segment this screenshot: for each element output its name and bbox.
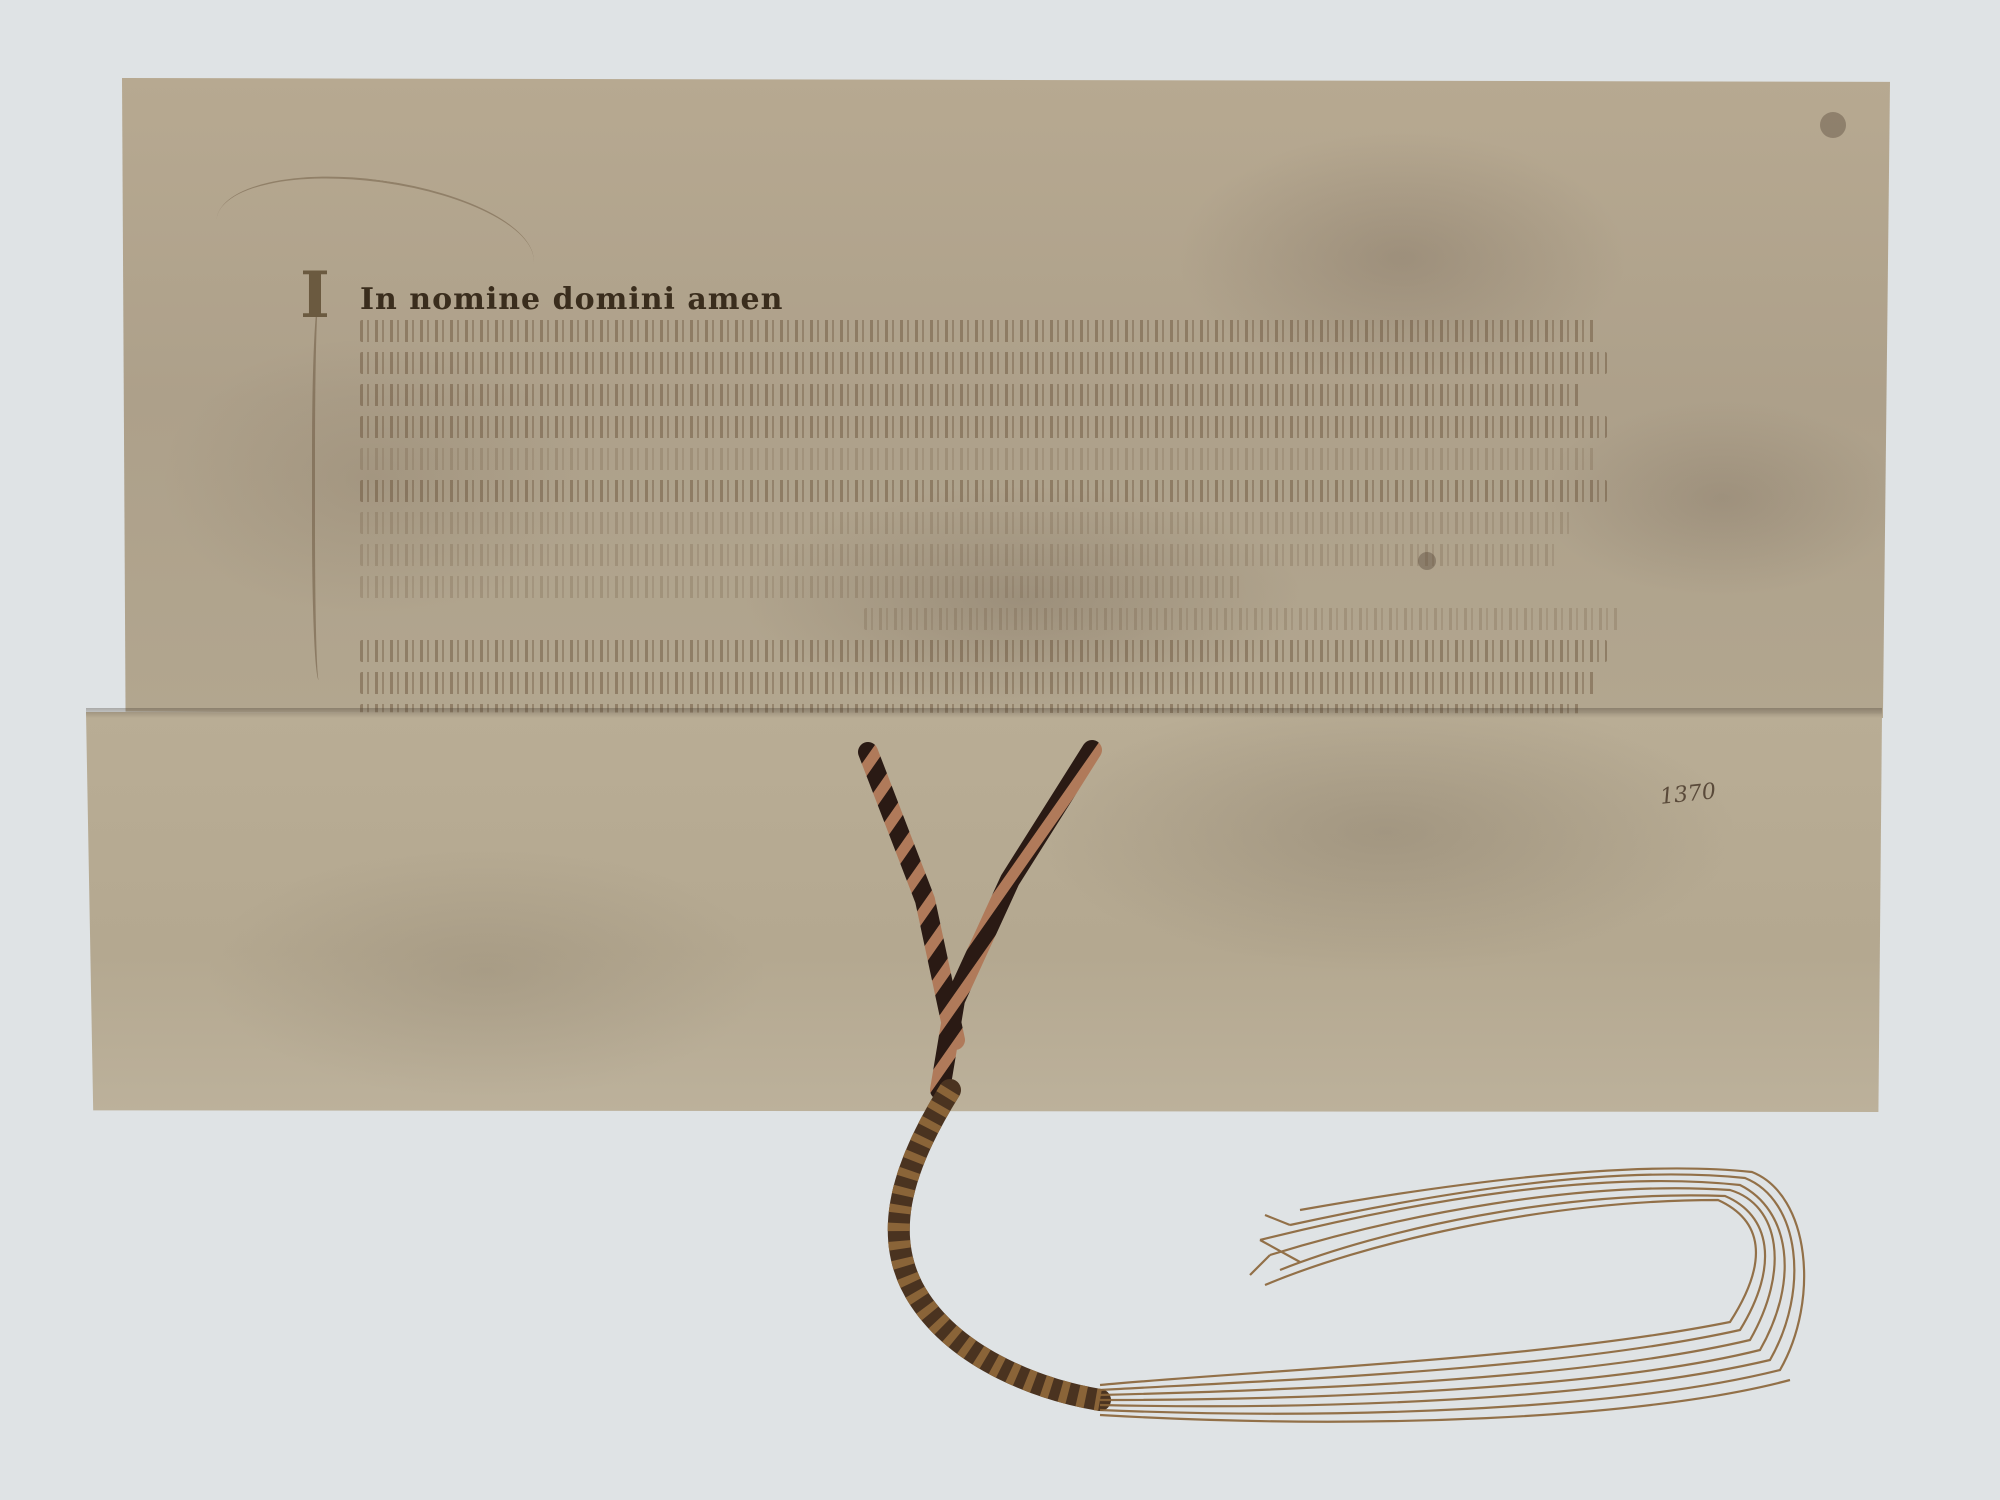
cord-tassel <box>1100 1168 1804 1421</box>
twisted-cord <box>899 1090 1100 1400</box>
seal-cord <box>0 0 2000 1500</box>
cord-strand-left <box>868 752 955 1040</box>
photo-stage: I In nomine domini amen 1370 <box>0 0 2000 1500</box>
